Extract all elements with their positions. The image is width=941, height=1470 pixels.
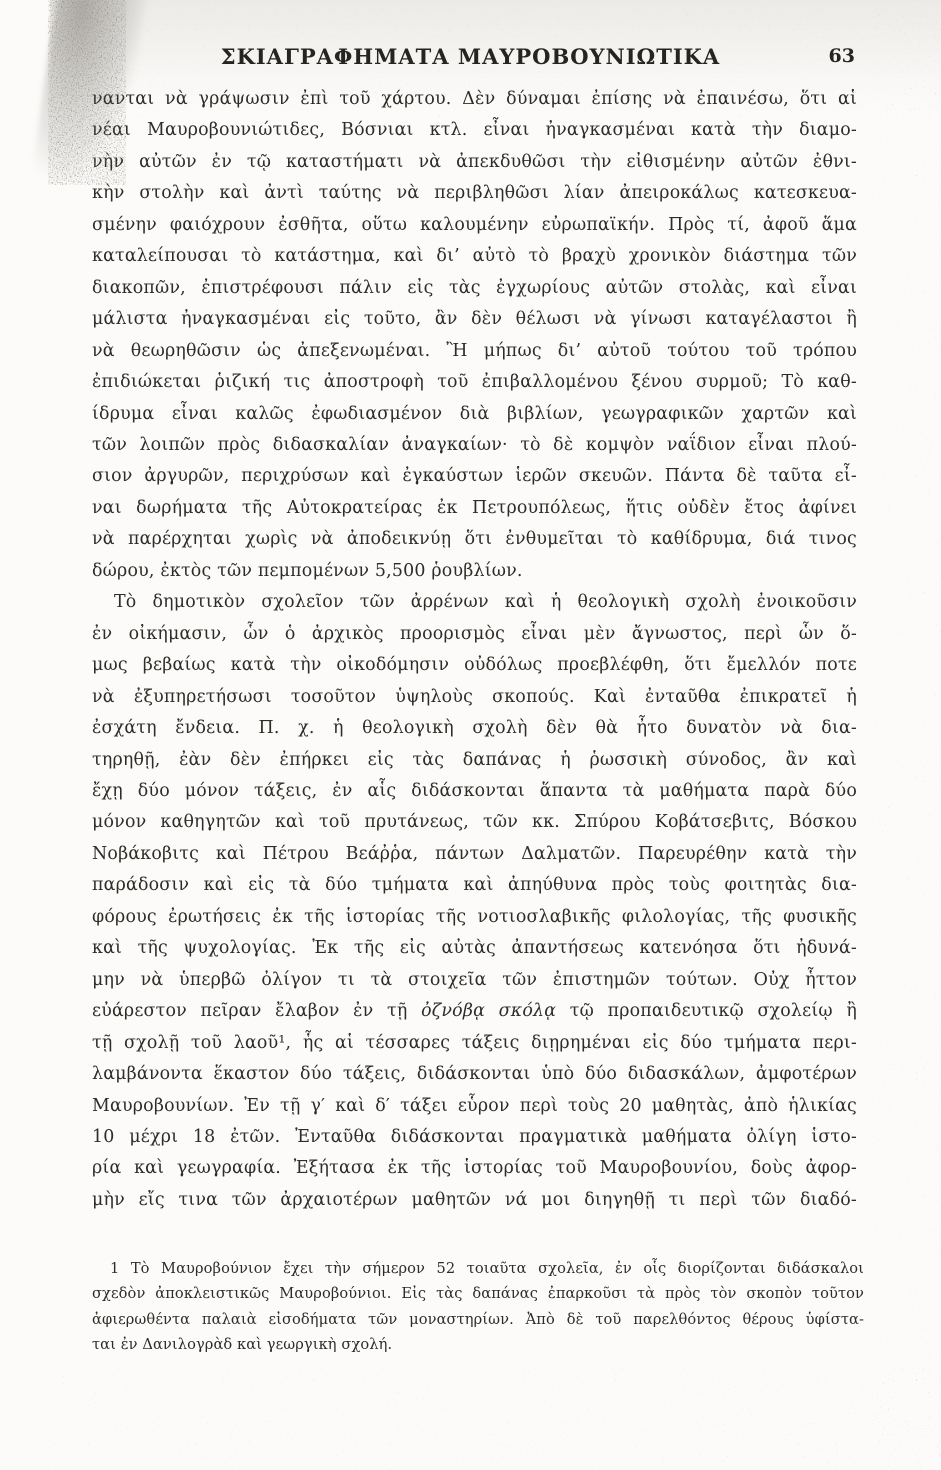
text-line: μόνον καθηγητῶν καὶ τοῦ πρυτάνεως, τῶν κ… bbox=[92, 807, 857, 838]
text-line: μάλιστα ἠναγκασμέναι εἰς τοῦτο, ἂν δὲν θ… bbox=[92, 304, 857, 335]
text-line: εὐάρεστον πεῖραν ἔλαβον ἐν τῇ ὀζνόβᾳ σκό… bbox=[92, 996, 857, 1027]
text-line: ἐπιδιώκεται ῥιζική τις ἀποστροφὴ τοῦ ἐπι… bbox=[92, 367, 857, 398]
text-line: 10 μέχρι 18 ἐτῶν. Ἐνταῦθα διδάσκονται πρ… bbox=[92, 1122, 857, 1153]
text-line: μὴν εἴς τινα τῶν ἀρχαιοτέρων μαθητῶν νά … bbox=[92, 1185, 857, 1216]
body-text: νανται νὰ γράψωσιν ἐπὶ τοῦ χάρτου. Δὲν δ… bbox=[92, 84, 857, 1216]
text-line: σμένην φαιόχρουν ἐσθῆτα, οὕτω καλουμένην… bbox=[92, 210, 857, 241]
running-title: ΣΚΙΑΓΡΑΦΗΜΑΤΑ ΜΑΥΡΟΒΟΥΝΙΩΤΙΚΑ bbox=[0, 44, 941, 69]
text-line: ἐν οἰκήμασιν, ὧν ὁ ἀρχικὸς προορισμὸς εἶ… bbox=[92, 619, 857, 650]
text-line: σιον ἀργυρῶν, περιχρύσων καὶ ἐγκαύστων ἱ… bbox=[92, 461, 857, 492]
text-line: τηρηθῇ, ἐὰν δὲν ἐπήρκει εἰς τὰς δαπάνας … bbox=[92, 745, 857, 776]
footnote-line: σχεδὸν ἀποκλειστικῶς Μαυροβούνιοι. Εἰς τ… bbox=[92, 1281, 864, 1306]
footnote-line: 1 Τὸ Μαυροβούνιον ἔχει τὴν σήμερον 52 το… bbox=[92, 1256, 864, 1281]
text-line: νέαι Μαυροβουνιώτιδες, Βόσνιαι κτλ. εἶνα… bbox=[92, 115, 857, 146]
text-line: μην νὰ ὑπερβῶ ὀλίγον τι τὰ στοιχεῖα τῶν … bbox=[92, 965, 857, 996]
scanned-book-page: ΣΚΙΑΓΡΑΦΗΜΑΤΑ ΜΑΥΡΟΒΟΥΝΙΩΤΙΚΑ 63 νανται … bbox=[0, 0, 941, 1470]
text-line: καὶ τῆς ψυχολογίας. Ἐκ τῆς εἰς αὐτὰς ἀπα… bbox=[92, 933, 857, 964]
footnote: 1 Τὸ Μαυροβούνιον ἔχει τὴν σήμερον 52 το… bbox=[92, 1256, 864, 1358]
text-line: παράδοσιν καὶ εἰς τὰ δύο τμήματα καὶ ἀπη… bbox=[92, 870, 857, 901]
footnote-line: ται ἐν Δανιλογρὰδ καὶ γεωργικὴ σχολή. bbox=[92, 1332, 864, 1357]
text-line: φόρους ἐρωτήσεις ἐκ τῆς ἱστορίας τῆς νοτ… bbox=[92, 902, 857, 933]
text-line: Τὸ δημοτικὸν σχολεῖον τῶν ἀρρένων καὶ ἡ … bbox=[92, 587, 857, 618]
page-header: ΣΚΙΑΓΡΑΦΗΜΑΤΑ ΜΑΥΡΟΒΟΥΝΙΩΤΙΚΑ 63 bbox=[0, 44, 941, 74]
text-line: καταλείπουσαι τὸ κατάστημα, καὶ δι’ αὐτὸ… bbox=[92, 241, 857, 272]
text-line: διακοπῶν, ἐπιστρέφουσι πάλιν εἰς τὰς ἐγχ… bbox=[92, 273, 857, 304]
text-line: νὴν αὐτῶν ἐν τῷ καταστήματι νὰ ἀπεκδυθῶσ… bbox=[92, 147, 857, 178]
text-line: τῇ σχολῇ τοῦ λαοῦ¹, ἧς αἱ τέσσαρες τάξει… bbox=[92, 1028, 857, 1059]
text-line: ίδρυμα εἶναι καλῶς ἐφωδιασμένον διὰ βιβλ… bbox=[92, 399, 857, 430]
page-number: 63 bbox=[829, 45, 855, 67]
text-line: Μαυροβουνίων. Ἐν τῇ γ′ καὶ δ′ τάξει εὗρο… bbox=[92, 1091, 857, 1122]
text-line: ναι δωρήματα τῆς Αὐτοκρατείρας ἐκ Πετρου… bbox=[92, 493, 857, 524]
text-line: κὴν στολὴν καὶ ἀντὶ ταύτης νὰ περιβληθῶσ… bbox=[92, 178, 857, 209]
text-line: ἔχῃ δύο μόνον τάξεις, ἐν αἷς διδάσκονται… bbox=[92, 776, 857, 807]
text-line: δώρου, ἐκτὸς τῶν πεμπομένων 5,500 ῥουβλί… bbox=[92, 556, 857, 587]
text-line: νὰ παρέρχηται χωρὶς νὰ ἀποδεικνύῃ ὅτι ἐν… bbox=[92, 524, 857, 555]
text-line: Νοβάκοβιτς καὶ Πέτρου Βεάῤῥα, πάντων Δαλ… bbox=[92, 839, 857, 870]
text-line: τῶν λοιπῶν πρὸς διδασκαλίαν ἀναγκαίων· τ… bbox=[92, 430, 857, 461]
footnote-line: ἀφιερωθέντα παλαιὰ εἰσοδήματα τῶν μοναστ… bbox=[92, 1307, 864, 1332]
text-line: νὰ θεωρηθῶσιν ὡς ἀπεξενωμέναι. Ἢ μήπως δ… bbox=[92, 336, 857, 367]
text-line: νανται νὰ γράψωσιν ἐπὶ τοῦ χάρτου. Δὲν δ… bbox=[92, 84, 857, 115]
text-line: λαμβάνοντα ἕκαστον δύο τάξεις, διδάσκοντ… bbox=[92, 1059, 857, 1090]
text-line: ρία καὶ γεωγραφία. Ἐξήτασα ἐκ τῆς ἱστορί… bbox=[92, 1153, 857, 1184]
text-line: νὰ ἐξυπηρετήσωσι τοσοῦτον ὑψηλοὺς σκοπού… bbox=[92, 682, 857, 713]
text-line: μως βεβαίως κατὰ τὴν οἰκοδόμησιν οὐδόλως… bbox=[92, 650, 857, 681]
text-line: ἐσχάτη ἔνδεια. Π. χ. ἡ θεολογικὴ σχολὴ δ… bbox=[92, 713, 857, 744]
